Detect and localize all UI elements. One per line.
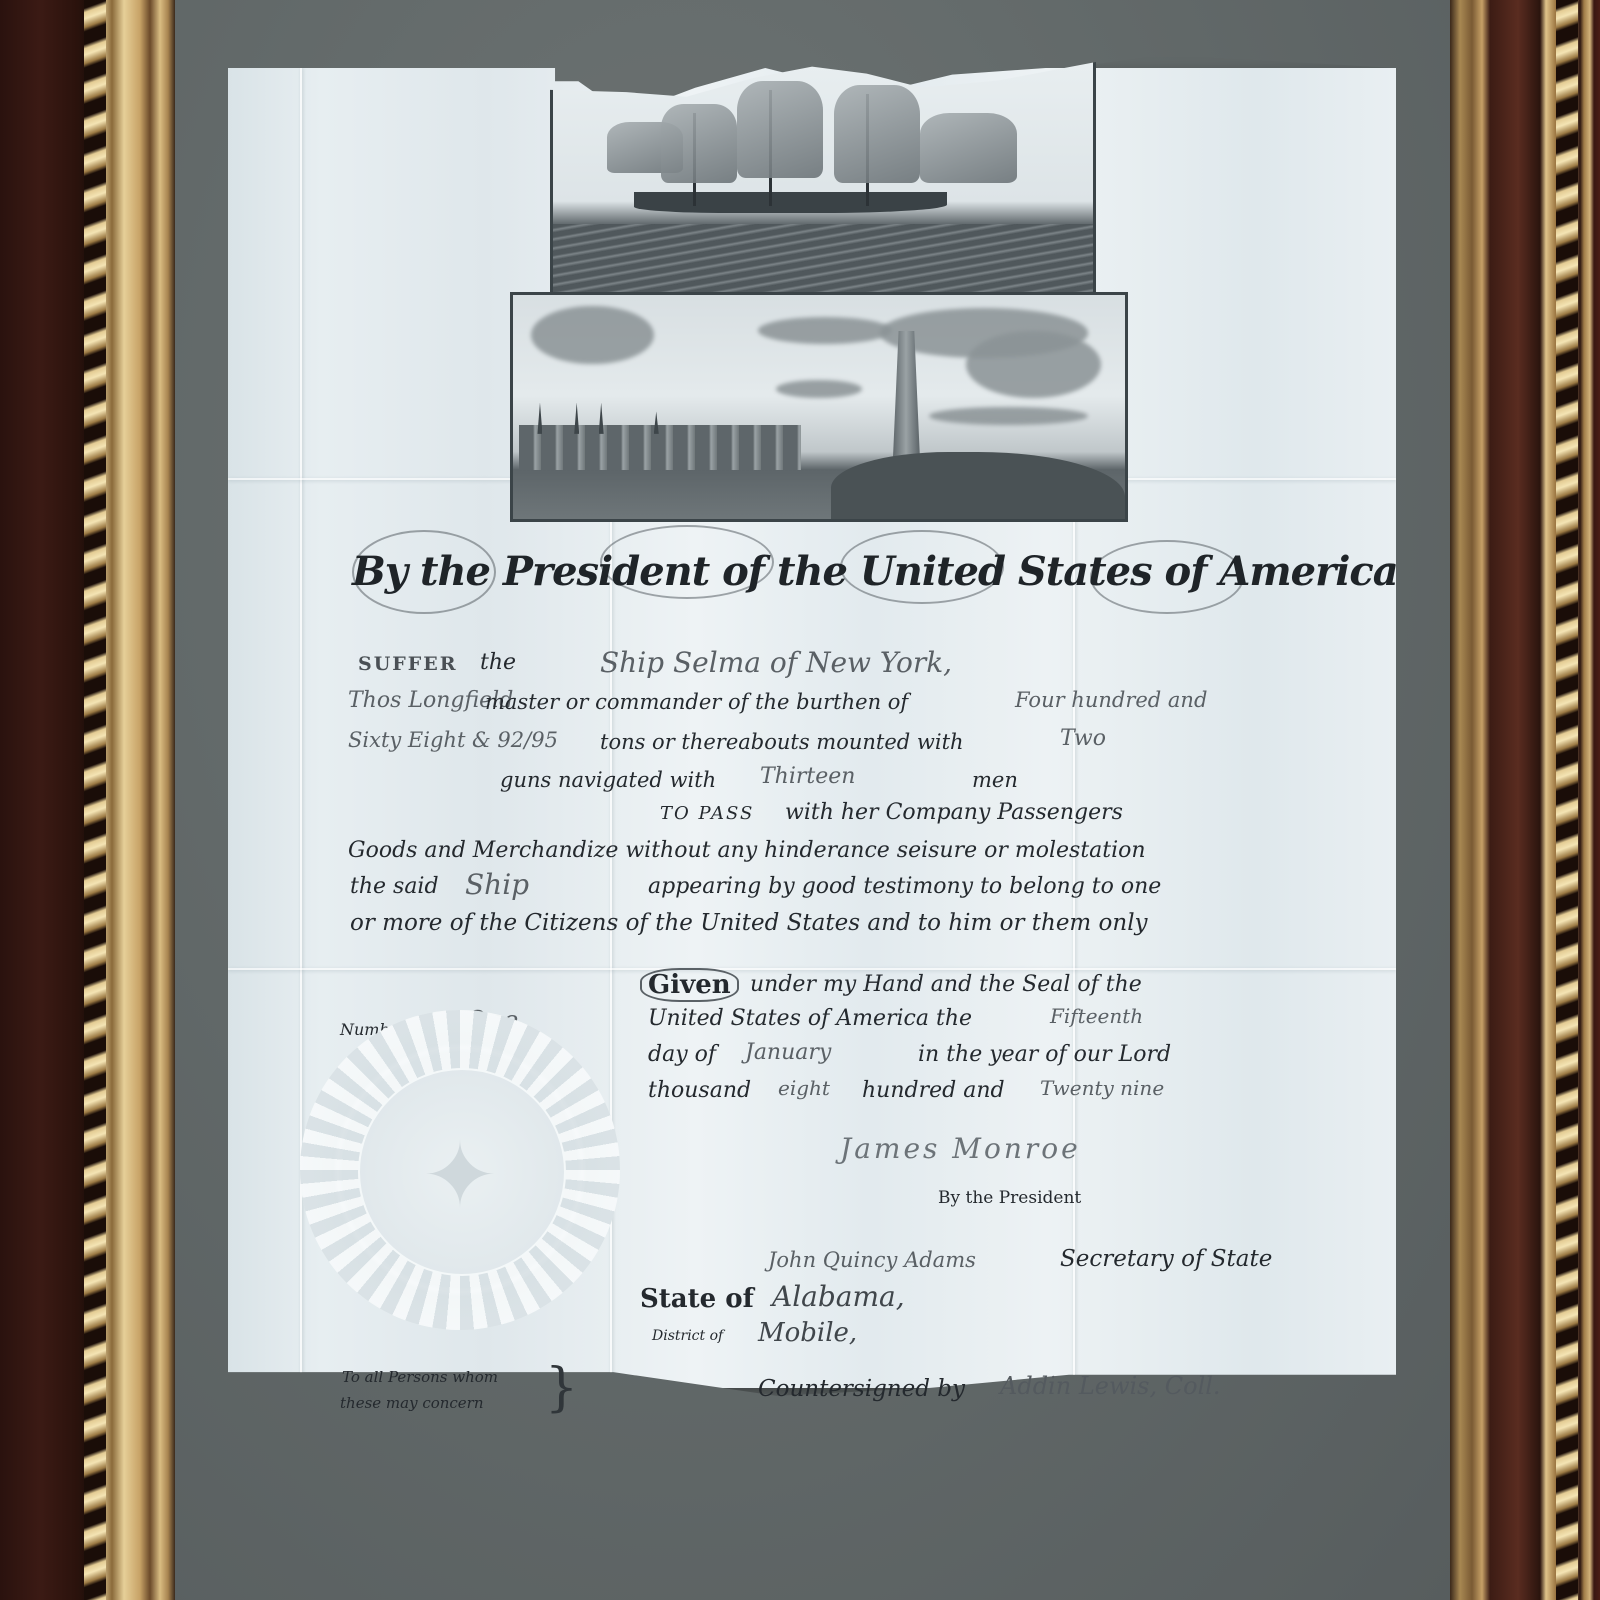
state-handwritten: Alabama, (772, 1280, 905, 1313)
brace-glyph: } (545, 1362, 578, 1414)
frame-rope-molding-right (1556, 0, 1578, 1600)
printed-text: the said (350, 874, 439, 899)
printed-text: or more of the Citizens of the United St… (350, 910, 1148, 936)
printed-text: tons or thereabouts mounted with (600, 730, 964, 754)
printed-text: thousand (648, 1078, 751, 1103)
vessel-name-handwritten: Ship Selma of New York, (600, 646, 952, 679)
countersigned-label: Countersigned by (758, 1376, 965, 1402)
given-label: Given (640, 968, 739, 1002)
frame-rope-molding-left (84, 0, 106, 1600)
printed-text: guns navigated with (500, 768, 716, 792)
president-signature: James Monroe (840, 1132, 1081, 1165)
vessel-type-handwritten: Ship (465, 868, 529, 901)
embossed-seal: ✦ (300, 1010, 620, 1330)
address-line: To all Persons whom (342, 1368, 498, 1386)
ship-hull (634, 192, 947, 213)
state-label: State of (640, 1284, 754, 1314)
secretary-signature: John Quincy Adams (768, 1248, 976, 1272)
ship-engraving (550, 62, 1096, 294)
year-handwritten: Twenty nine (1040, 1076, 1164, 1100)
rocky-island (831, 452, 1125, 522)
collector-signature: Addin Lewis, Coll. (1000, 1372, 1221, 1400)
printed-text: Goods and Merchandize without any hinder… (348, 838, 1146, 863)
secretary-title: Secretary of State (1060, 1246, 1272, 1272)
burthen-handwritten: Four hundred and (1015, 688, 1207, 712)
day-handwritten: Fifteenth (1050, 1004, 1143, 1028)
district-label: District of (652, 1328, 723, 1344)
printed-text: in the year of our Lord (918, 1042, 1171, 1067)
by-the-president-label: By the President (938, 1188, 1081, 1208)
guns-handwritten: Two (1060, 726, 1106, 751)
address-line: these may concern (340, 1394, 484, 1412)
crew-handwritten: Thirteen (760, 764, 855, 789)
sea-waves (553, 224, 1093, 294)
to-pass-label: TO PASS (660, 803, 754, 824)
burthen-handwritten: Sixty Eight & 92/95 (348, 728, 558, 752)
century-handwritten: eight (778, 1076, 830, 1100)
month-handwritten: January (745, 1040, 831, 1065)
harbor-lighthouse-engraving (510, 292, 1128, 522)
fold-line-horizontal (228, 968, 1396, 970)
printed-text: with her Company Passengers (785, 800, 1123, 825)
printed-text: appearing by good testimony to belong to… (648, 874, 1161, 899)
city-skyline (519, 425, 801, 470)
suffer-label: SUFFER (358, 653, 458, 675)
printed-text: under my Hand and the Seal of the (750, 972, 1142, 997)
printed-text: hundred and (862, 1078, 1005, 1103)
printed-text: master or commander of the burthen of (485, 690, 908, 714)
eagle-icon: ✦ (422, 1124, 497, 1229)
printed-text: day of (648, 1042, 716, 1067)
printed-text: the (480, 650, 516, 675)
document-heading: By the President of the United States of… (352, 548, 1252, 595)
printed-text: men (972, 768, 1018, 792)
printed-text: United States of America the (648, 1006, 972, 1031)
district-handwritten: Mobile, (758, 1318, 857, 1348)
